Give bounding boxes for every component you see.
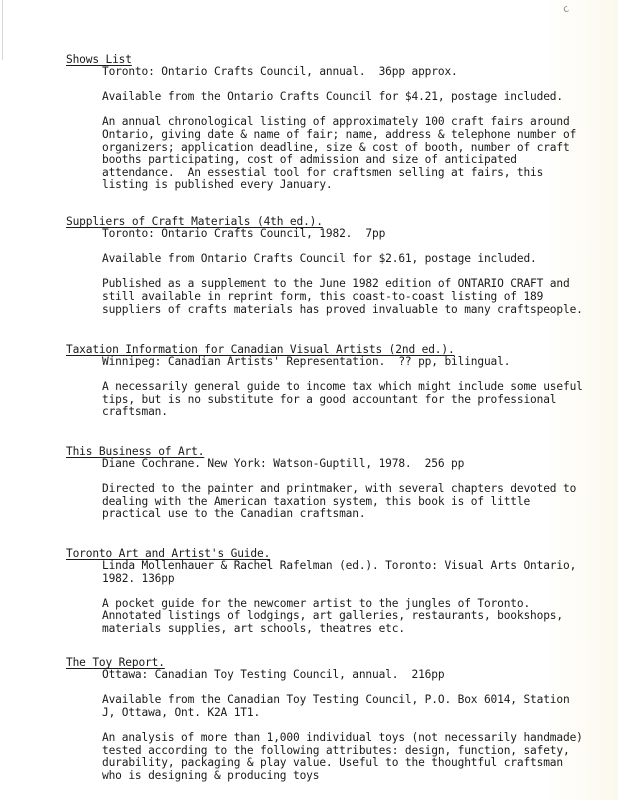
description-line: practical use to the Canadian craftsman. <box>102 508 586 521</box>
description-line: tips, but is no substitute for a good ac… <box>102 394 586 407</box>
description-line: A necessarily general guide to income ta… <box>102 381 586 394</box>
entry-description: A necessarily general guide to income ta… <box>102 381 586 419</box>
description-line: Directed to the painter and printmaker, … <box>102 483 586 496</box>
description-line: materials supplies, art schools, theatre… <box>102 623 586 636</box>
description-line: Ontario, giving date & name of fair; nam… <box>102 129 586 142</box>
entry-citation: Diane Cochrane. New York: Watson-Guptill… <box>102 458 586 471</box>
description-line: who is designing & producing toys <box>102 770 586 783</box>
entry-citation: Linda Mollenhauer & Rachel Rafelman (ed.… <box>102 560 586 573</box>
entry-taxation-information: Taxation Information for Canadian Visual… <box>66 343 586 419</box>
entry-citation: Winnipeg: Canadian Artists' Representati… <box>102 356 586 369</box>
description-line: suppliers of crafts materials has proved… <box>102 304 586 317</box>
entry-suppliers-of-craft-materials: Suppliers of Craft Materials (4th ed.). … <box>66 215 586 316</box>
entry-availability: J, Ottawa, Ont. K2A 1T1. <box>102 707 586 720</box>
page-corner-mark: c <box>561 3 570 15</box>
entry-citation: Ottawa: Canadian Toy Testing Council, an… <box>102 669 586 682</box>
description-line: An analysis of more than 1,000 individua… <box>102 732 586 745</box>
entry-availability: Available from the Canadian Toy Testing … <box>102 694 586 707</box>
entry-description: A pocket guide for the newcomer artist t… <box>102 598 586 636</box>
description-line: still available in reprint form, this co… <box>102 291 586 304</box>
entry-shows-list: Shows List Toronto: Ontario Crafts Counc… <box>66 53 586 192</box>
description-line: craftsman. <box>102 406 586 419</box>
entry-citation: 1982. 136pp <box>102 573 586 586</box>
entry-availability: Available from the Ontario Crafts Counci… <box>102 91 586 104</box>
page-edge <box>2 0 3 60</box>
entry-description: Directed to the painter and printmaker, … <box>102 483 586 521</box>
entry-citation: Toronto: Ontario Crafts Council, annual.… <box>102 66 586 79</box>
description-line: booths participating, cost of admission … <box>102 154 586 167</box>
entry-description: Published as a supplement to the June 19… <box>102 278 586 316</box>
entry-availability: Available from Ontario Crafts Council fo… <box>102 253 586 266</box>
entry-the-toy-report: The Toy Report. Ottawa: Canadian Toy Tes… <box>66 656 586 782</box>
description-line: listing is published every January. <box>102 179 586 192</box>
entry-this-business-of-art: This Business of Art. Diane Cochrane. Ne… <box>66 445 586 521</box>
entry-toronto-art-guide: Toronto Art and Artist's Guide. Linda Mo… <box>66 547 586 636</box>
entry-citation: Toronto: Ontario Crafts Council, 1982. 7… <box>102 228 586 241</box>
entry-description: An annual chronological listing of appro… <box>102 116 586 192</box>
description-line: durability, packaging & play value. Usef… <box>102 757 586 770</box>
entry-description: An analysis of more than 1,000 individua… <box>102 732 586 782</box>
